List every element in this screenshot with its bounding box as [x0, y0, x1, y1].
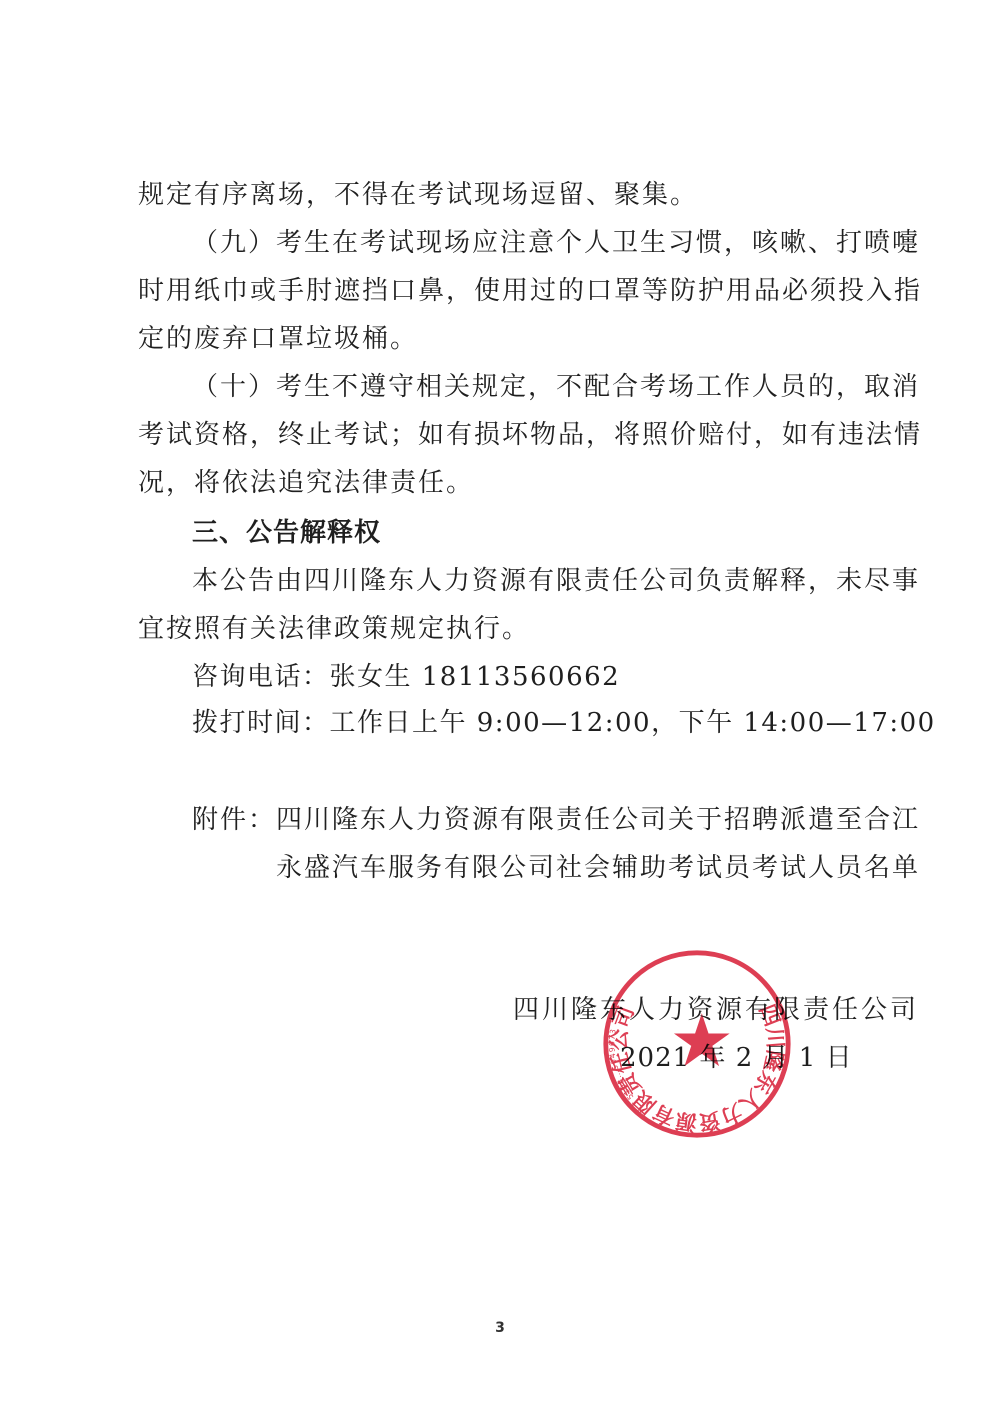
paragraph-line: 定的废弃口罩垃圾桶。 [138, 322, 894, 356]
paragraph-line: （九）考生在考试现场应注意个人卫生习惯，咳嗽、打喷嚏 [192, 226, 894, 260]
paragraph-line: 宜按照有关法律政策规定执行。 [138, 612, 894, 646]
page-number: 3 [0, 1320, 1000, 1336]
company-seal-stamp-icon: 四川隆东人力资源有限责任公司 5105…5049673 [601, 948, 793, 1140]
paragraph-line: 本公告由四川隆东人力资源有限责任公司负责解释，未尽事 [192, 564, 894, 598]
section-heading: 三、公告解释权 [192, 516, 894, 550]
document-page: 规定有序离场，不得在考试现场逗留、聚集。 （九）考生在考试现场应注意个人卫生习惯… [0, 0, 1000, 1426]
paragraph-line: 时用纸巾或手肘遮挡口鼻，使用过的口罩等防护用品必须投入指 [138, 274, 894, 308]
paragraph-line: 规定有序离场，不得在考试现场逗留、聚集。 [138, 178, 894, 212]
paragraph-line: （十）考生不遵守相关规定，不配合考场工作人员的，取消 [192, 370, 894, 404]
paragraph-line: 考试资格，终止考试；如有损坏物品，将照价赔付，如有违法情 [138, 418, 894, 452]
contact-hours: 拨打时间：工作日上午 9:00—12:00，下午 14:00—17:00 [192, 706, 894, 740]
attachment-line: 附件：四川隆东人力资源有限责任公司关于招聘派遣至合江 [192, 803, 894, 837]
paragraph-line: 况，将依法追究法律责任。 [138, 466, 894, 500]
attachment-line-continued: 永盛汽车服务有限公司社会辅助考试员考试人员名单 [276, 851, 894, 885]
stamp-star-icon [674, 1013, 730, 1066]
contact-phone: 咨询电话：张女生 18113560662 [192, 660, 894, 694]
